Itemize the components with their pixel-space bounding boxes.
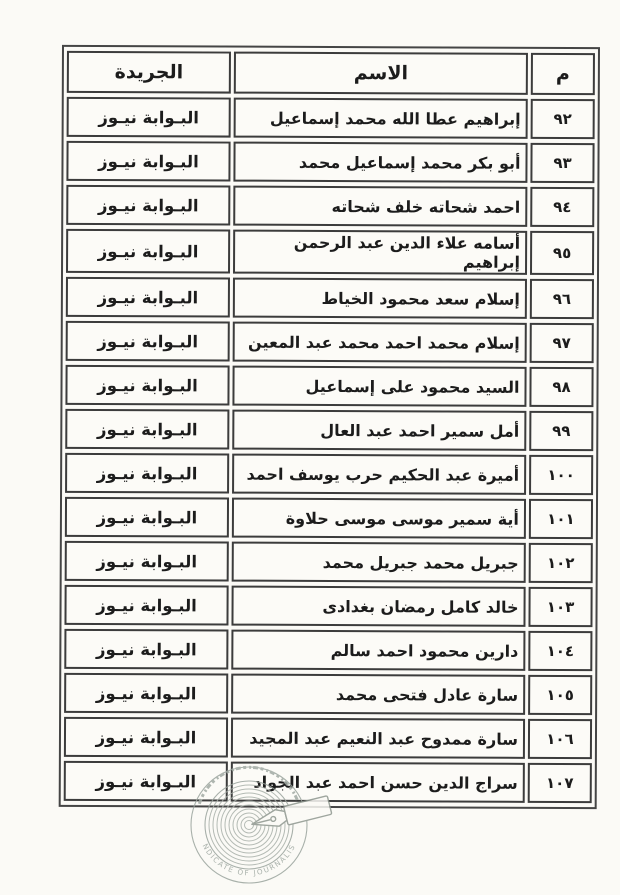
row-number: ٩٢ <box>531 99 595 139</box>
table-header-row: م الاسم الجريدة <box>67 51 595 95</box>
table-row: ٩٦ إسلام سعد محمود الخياط البـوابة نيـوز <box>66 277 594 319</box>
table-row: ١٠٦ سارة ممدوح عبد النعيم عبد المجيد الب… <box>64 717 592 759</box>
row-number: ٩٨ <box>529 367 593 407</box>
table-row: ٩٩ أمل سمير احمد عبد العال البـوابة نيـو… <box>65 409 593 451</box>
row-number: ١٠٤ <box>528 631 592 671</box>
row-newspaper: البـوابة نيـوز <box>64 585 228 626</box>
row-newspaper: البـوابة نيـوز <box>66 185 230 226</box>
row-name: أية سمير موسى موسى حلاوة <box>232 498 526 539</box>
stamp-top-arc-text <box>199 767 299 805</box>
row-number: ٩٦ <box>530 279 594 319</box>
row-name: السيد محمود على إسماعيل <box>232 366 526 407</box>
row-newspaper: البـوابة نيـوز <box>66 277 230 318</box>
row-number: ٩٣ <box>530 143 594 183</box>
row-number: ٩٤ <box>530 187 594 227</box>
row-name: سارة عادل فتحى محمد <box>231 674 525 715</box>
header-name: الاسم <box>234 52 528 95</box>
row-newspaper: البـوابة نيـوز <box>65 541 229 582</box>
table-row: ٩٥ أسامه علاء الدين عبد الرحمن إبراهيم ا… <box>66 229 594 275</box>
table-row: ١٠١ أية سمير موسى موسى حلاوة البـوابة ني… <box>65 497 593 539</box>
row-name: دارين محمود احمد سالم <box>231 630 525 671</box>
row-name: إبراهيم عطا الله محمد إسماعيل <box>234 98 528 139</box>
header-number: م <box>531 53 595 95</box>
table-row: ١٠٤ دارين محمود احمد سالم البـوابة نيـوز <box>64 629 592 671</box>
row-number: ٩٩ <box>529 411 593 451</box>
journalists-syndicate-stamp: SYNDICATE OF JOURNALISTS <box>178 763 348 895</box>
roster-table-sheet: م الاسم الجريدة ٩٢ إبراهيم عطا الله محمد… <box>59 45 600 809</box>
header-newspaper: الجريدة <box>67 51 231 94</box>
row-number: ١٠١ <box>529 499 593 539</box>
row-number: ١٠٧ <box>528 763 592 803</box>
row-newspaper: البـوابة نيـوز <box>65 453 229 494</box>
row-name: أميرة عبد الحكيم حرب يوسف احمد <box>232 454 526 495</box>
table-row: ١٠٣ خالد كامل رمضان بغدادى البـوابة نيـو… <box>64 585 592 627</box>
table-row: ١٠٢ جبريل محمد جبريل محمد البـوابة نيـوز <box>65 541 593 583</box>
row-name: أسامه علاء الدين عبد الرحمن إبراهيم <box>233 230 527 275</box>
table-row: ٩٨ السيد محمود على إسماعيل البـوابة نيـو… <box>65 365 593 407</box>
row-name: إسلام محمد احمد محمد عبد المعين <box>233 322 527 363</box>
row-number: ٩٥ <box>530 231 594 275</box>
table-row: ٩٧ إسلام محمد احمد محمد عبد المعين البـو… <box>66 321 594 363</box>
row-number: ١٠٣ <box>528 587 592 627</box>
stamp-pen-icon <box>250 796 332 834</box>
row-newspaper: البـوابة نيـوز <box>66 321 230 362</box>
row-newspaper: البـوابة نيـوز <box>64 717 228 758</box>
table-row: ٩٢ إبراهيم عطا الله محمد إسماعيل البـواب… <box>67 97 595 139</box>
row-name: سارة ممدوح عبد النعيم عبد المجيد <box>231 718 525 759</box>
row-newspaper: البـوابة نيـوز <box>65 365 229 406</box>
row-newspaper: البـوابة نيـوز <box>65 409 229 450</box>
row-newspaper: البـوابة نيـوز <box>65 497 229 538</box>
row-number: ١٠٠ <box>529 455 593 495</box>
row-newspaper: البـوابة نيـوز <box>67 97 231 138</box>
row-newspaper: البـوابة نيـوز <box>66 141 230 182</box>
row-name: احمد شحاته خلف شحاته <box>233 186 527 227</box>
table-row: ٩٤ احمد شحاته خلف شحاته البـوابة نيـوز <box>66 185 594 227</box>
row-name: جبريل محمد جبريل محمد <box>232 542 526 583</box>
table-row: ١٠٥ سارة عادل فتحى محمد البـوابة نيـوز <box>64 673 592 715</box>
row-newspaper: البـوابة نيـوز <box>64 673 228 714</box>
row-name: أمل سمير احمد عبد العال <box>232 410 526 451</box>
row-number: ١٠٥ <box>528 675 592 715</box>
table-row: ١٠٠ أميرة عبد الحكيم حرب يوسف احمد البـو… <box>65 453 593 495</box>
row-name: أبو بكر محمد إسماعيل محمد <box>233 142 527 183</box>
row-number: ٩٧ <box>530 323 594 363</box>
row-newspaper: البـوابة نيـوز <box>66 229 230 274</box>
row-newspaper: البـوابة نيـوز <box>64 629 228 670</box>
table-row: ٩٣ أبو بكر محمد إسماعيل محمد البـوابة ني… <box>66 141 594 183</box>
row-number: ١٠٢ <box>529 543 593 583</box>
row-number: ١٠٦ <box>528 719 592 759</box>
row-name: إسلام سعد محمود الخياط <box>233 278 527 319</box>
journalists-table: م الاسم الجريدة ٩٢ إبراهيم عطا الله محمد… <box>59 45 600 809</box>
scanned-page: { "document": { "kind": "scanned journal… <box>0 0 620 895</box>
row-name: خالد كامل رمضان بغدادى <box>231 586 525 627</box>
